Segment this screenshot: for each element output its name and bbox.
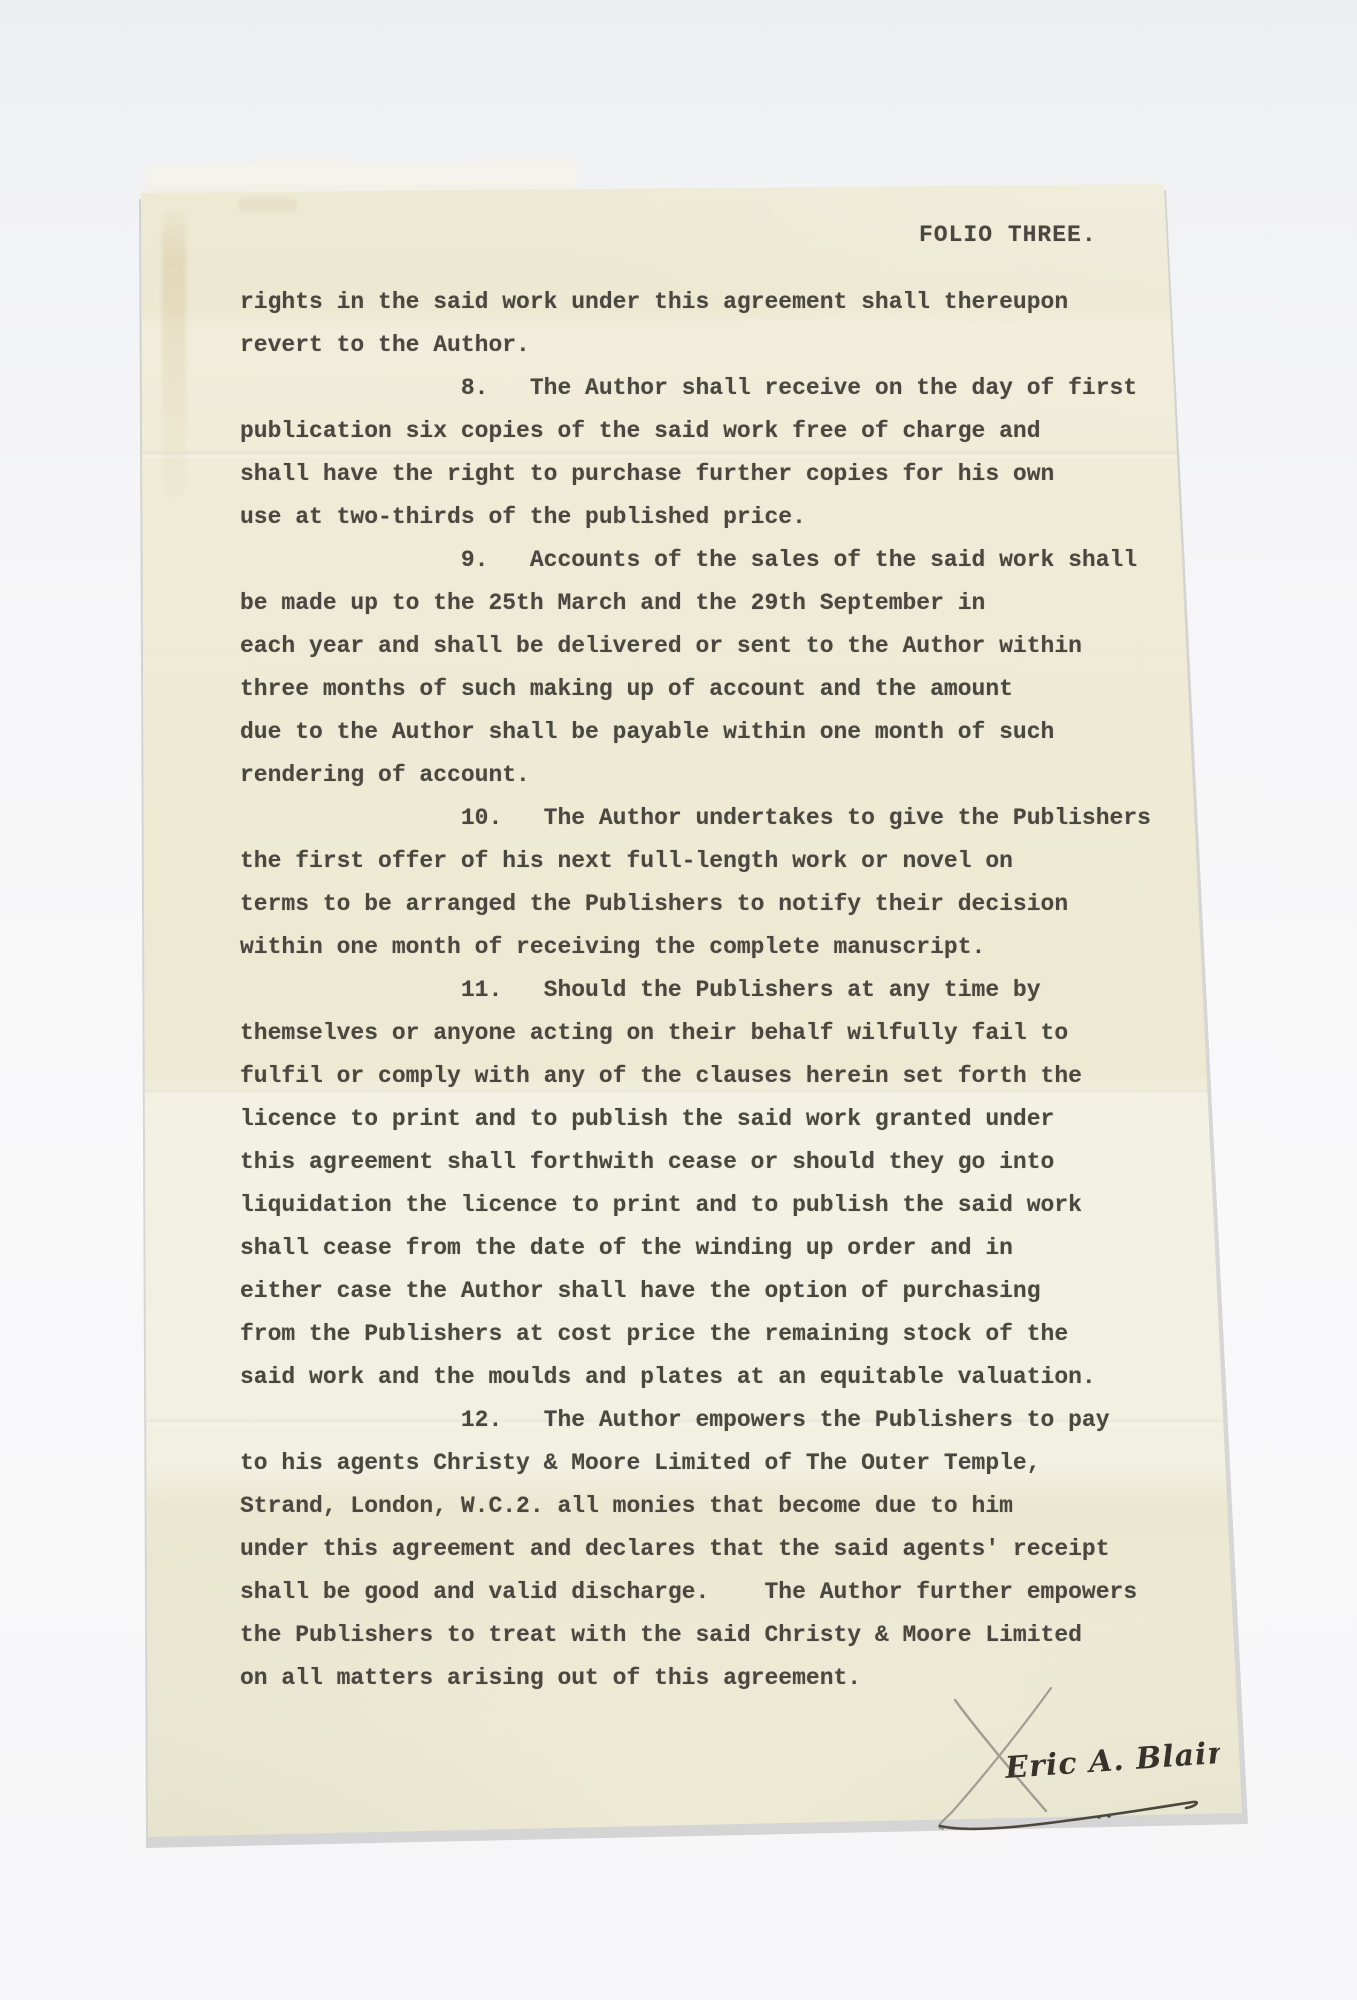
typed-line: Strand, London, W.C.2. all monies that b… xyxy=(240,1485,1151,1528)
typed-line: within one month of receiving the comple… xyxy=(240,926,1151,969)
typed-line: themselves or anyone acting on their beh… xyxy=(240,1012,1151,1055)
typed-line: revert to the Author. xyxy=(240,324,1151,367)
typed-line: licence to print and to publish the said… xyxy=(240,1098,1151,1141)
typed-line: shall be good and valid discharge. The A… xyxy=(240,1571,1151,1614)
signature-name: Eric A. Blair xyxy=(1003,1736,1220,1786)
typed-lines: rights in the said work under this agree… xyxy=(240,281,1151,1700)
typed-line: due to the Author shall be payable withi… xyxy=(240,711,1151,754)
typed-line: under this agreement and declares that t… xyxy=(240,1528,1151,1571)
typed-line: use at two-thirds of the published price… xyxy=(240,496,1151,539)
photo-background: FOLIO THREE. rights in the said work und… xyxy=(0,0,1357,2000)
typed-line: 9. Accounts of the sales of the said wor… xyxy=(240,539,1151,582)
typed-line: 12. The Author empowers the Publishers t… xyxy=(240,1399,1151,1442)
typed-line: rights in the said work under this agree… xyxy=(240,281,1151,324)
typed-line: from the Publishers at cost price the re… xyxy=(240,1313,1151,1356)
typed-line: shall cease from the date of the winding… xyxy=(240,1227,1151,1270)
typed-line: to his agents Christy & Moore Limited of… xyxy=(240,1442,1151,1485)
typed-line: either case the Author shall have the op… xyxy=(240,1270,1151,1313)
typed-line: be made up to the 25th March and the 29t… xyxy=(240,582,1151,625)
typed-line: 10. The Author undertakes to give the Pu… xyxy=(240,797,1151,840)
typed-line: three months of such making up of accoun… xyxy=(240,668,1151,711)
typed-line: said work and the moulds and plates at a… xyxy=(240,1356,1151,1399)
signature-block: Eric A. Blair xyxy=(880,1620,1220,1840)
typed-line: this agreement shall forthwith cease or … xyxy=(240,1141,1151,1184)
typed-line: each year and shall be delivered or sent… xyxy=(240,625,1151,668)
typed-line: publication six copies of the said work … xyxy=(240,410,1151,453)
typed-line: 11. Should the Publishers at any time by xyxy=(240,969,1151,1012)
folio-header: FOLIO THREE. xyxy=(919,222,1097,248)
signature-flourish xyxy=(940,1802,1197,1829)
typed-line: terms to be arranged the Publishers to n… xyxy=(240,883,1151,926)
typed-line: rendering of account. xyxy=(240,754,1151,797)
typed-line: the first offer of his next full-length … xyxy=(240,840,1151,883)
typed-line: fulfil or comply with any of the clauses… xyxy=(240,1055,1151,1098)
signature-dot xyxy=(1107,1814,1111,1818)
typed-line: liquidation the licence to print and to … xyxy=(240,1184,1151,1227)
typed-line: 8. The Author shall receive on the day o… xyxy=(240,367,1151,410)
typed-line: shall have the right to purchase further… xyxy=(240,453,1151,496)
signature-dot xyxy=(1097,1815,1101,1819)
